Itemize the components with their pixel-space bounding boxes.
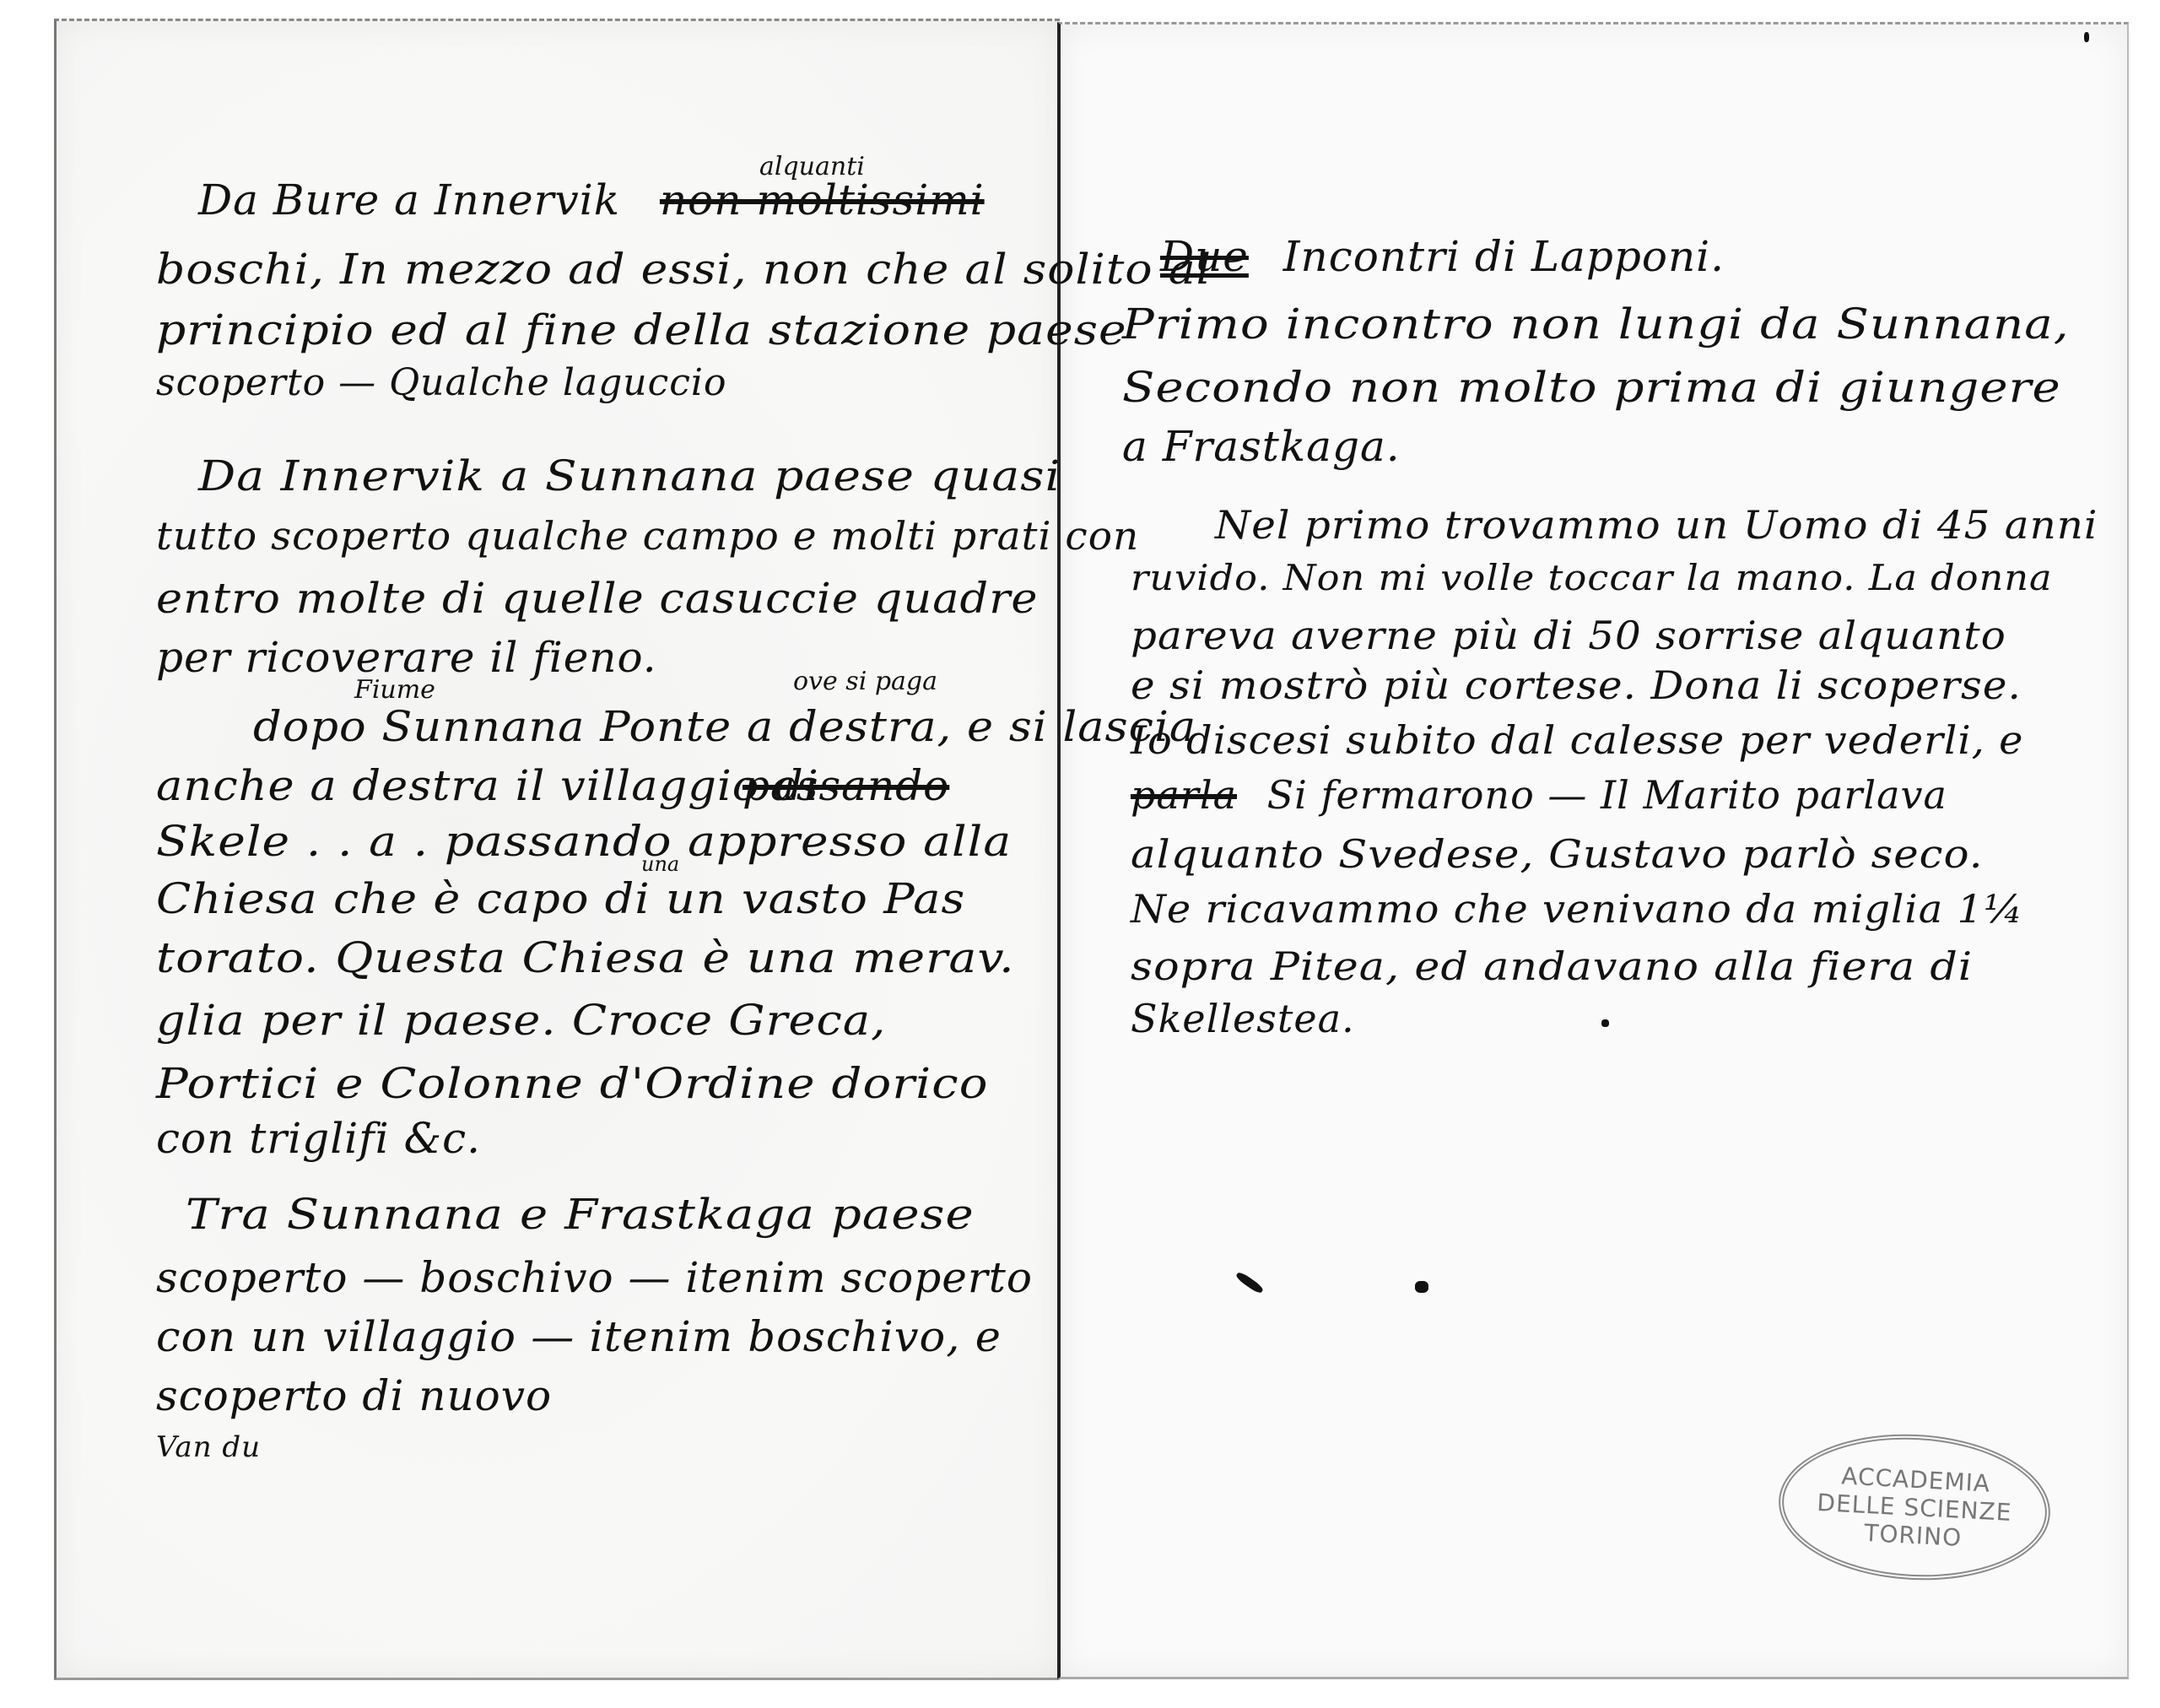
manuscript-line: con triglifi &c. (156, 1114, 481, 1163)
insertion-text: Fiume (354, 675, 435, 705)
struck-text: parla (1131, 772, 1237, 818)
manuscript-line: Nel primo trovammo un Uomo di 45 anni (1215, 502, 2098, 548)
manuscript-line: Secondo non molto prima di giungere (1122, 363, 2061, 412)
manuscript-line: a Frastkaga. (1122, 422, 1401, 471)
manuscript-line: dopo Sunnana Ponte a destra, e si lascia (253, 702, 1196, 751)
insertion-text: ove si paga (793, 667, 937, 696)
manuscript-line: con un villaggio — itenim boschivo, e (156, 1312, 1002, 1361)
manuscript-line: alquanto Svedese, Gustavo parlò seco. (1131, 831, 1984, 877)
manuscript-line: Skellestea. (1131, 996, 1355, 1041)
manuscript-line: Chiesa che è capo di un vasto Pas (156, 874, 965, 923)
ink-mark (2084, 32, 2089, 42)
manuscript-line: principio ed al fine della stazione paes… (156, 305, 1127, 354)
manuscript-line: pareva averne più di 50 sorrise alquanto (1131, 613, 2006, 658)
manuscript-line: Io discesi subito dal calesse per vederl… (1131, 717, 2024, 763)
manuscript-line: tutto scoperto qualche campo e molti pra… (156, 513, 1139, 559)
struck-text: passando (742, 761, 949, 810)
insertion-text: alquanti (759, 152, 865, 181)
manuscript-line: scoperto — Qualche laguccio (156, 361, 726, 404)
manuscript-line: Skele . . a . passando appresso alla (156, 817, 1012, 866)
manuscript-line: ruvido. Non mi volle toccar la mano. La … (1131, 557, 2053, 598)
manuscript-line: Da Innervik a Sunnana paese quasi (198, 451, 1061, 500)
section-title: Due Incontri di Lapponi. (1160, 232, 1725, 281)
manuscript-line: boschi, In mezzo ad essi, non che al sol… (156, 245, 1212, 294)
manuscript-line: scoperto — boschivo — itenim scoperto (156, 1253, 1033, 1302)
manuscript-line: scoperto di nuovo (156, 1371, 552, 1420)
manuscript-line: entro molte di quelle casuccie quadre (156, 574, 1038, 623)
manuscript-line: torato. Questa Chiesa è una merav. (156, 933, 1015, 982)
manuscript-line: glia per il paese. Croce Greca, (156, 996, 886, 1045)
struck-text: non moltissimi (660, 176, 985, 224)
struck-text: Due (1160, 232, 1249, 281)
manuscript-line: parla Si fermarono — Il Marito parlava (1131, 772, 1947, 818)
manuscript-line: Portici e Colonne d'Ordine dorico (156, 1059, 989, 1108)
manuscript-line: anche a destra il villaggio di (156, 761, 819, 810)
manuscript-line: Ne ricavammo che venivano da miglia 1¼ (1131, 886, 2023, 932)
manuscript-line: Da Bure a Innervik non moltissimi (198, 176, 985, 224)
manuscript-line: Primo incontro non lungi da Sunnana, (1122, 300, 2070, 349)
ink-mark (1415, 1281, 1428, 1293)
manuscript-line: Tra Sunnana e Frastkaga paese (186, 1190, 975, 1239)
insertion-text: una (641, 852, 679, 876)
ink-mark (1601, 1019, 1609, 1027)
manuscript-line: Van du (156, 1430, 261, 1464)
manuscript-line: sopra Pitea, ed andavano alla fiera di (1131, 943, 1973, 989)
stamp-line: TORINO (1864, 1518, 1963, 1551)
manuscript-line: e si mostrò più cortese. Dona li scopers… (1131, 662, 2022, 708)
